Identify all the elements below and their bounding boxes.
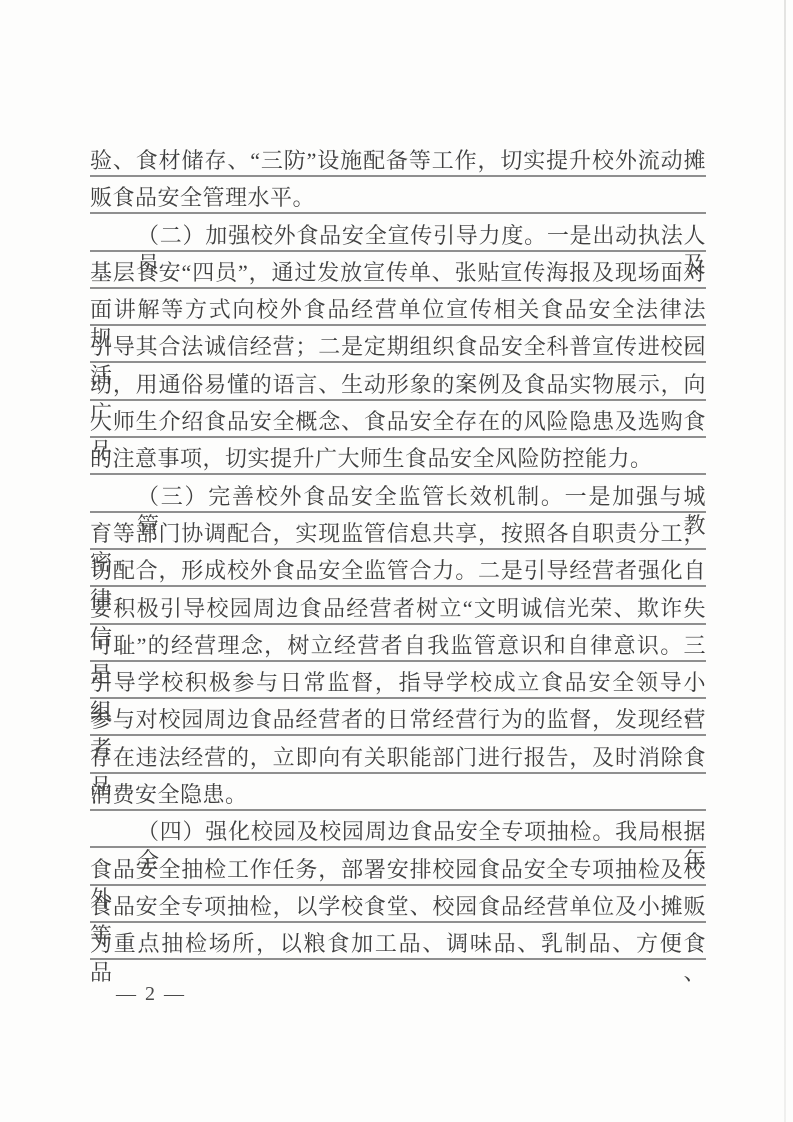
- text-line: （四）强化校园及校园周边食品安全专项抽检。我局根据全年: [90, 817, 706, 848]
- text-line: 可耻”的经营理念，树立经营者自我监管意识和自律意识。三是: [90, 631, 706, 662]
- text-line: 贩食品安全管理水平。: [90, 183, 706, 214]
- text-line: 验、食材储存、“三防”设施配备等工作，切实提升校外流动摊: [90, 146, 706, 177]
- text-line: 大师生介绍食品安全概念、食品安全存在的风险隐患及选购食品: [90, 407, 706, 438]
- document-page: 验、食材储存、“三防”设施配备等工作，切实提升校外流动摊贩食品安全管理水平。（二…: [0, 0, 793, 1122]
- text-line: （二）加强校外食品安全宣传引导力度。一是出动执法人员及: [90, 221, 706, 252]
- text-line: 的注意事项，切实提升广大师生食品安全风险防控能力。: [90, 444, 706, 475]
- text-line: 参与对校园周边食品经营者的日常经营行为的监督，发现经营者: [90, 705, 706, 736]
- text-line: 消费安全隐患。: [90, 780, 706, 811]
- text-line: 食品安全抽检工作任务，部署安排校园食品安全专项抽检及校外: [90, 855, 706, 886]
- text-line: 为重点抽检场所，以粮食加工品、调味品、乳制品、方便食品、: [90, 929, 706, 960]
- body-text: 验、食材储存、“三防”设施配备等工作，切实提升校外流动摊贩食品安全管理水平。（二…: [90, 146, 706, 967]
- text-line: （三）完善校外食品安全监管长效机制。一是加强与城管、教: [90, 482, 706, 513]
- text-line: 存在违法经营的，立即向有关职能部门进行报告，及时消除食品: [90, 743, 706, 774]
- text-line: 食品安全专项抽检，以学校食堂、校园食品经营单位及小摊贩等: [90, 892, 706, 923]
- scan-edge-line: [784, 0, 786, 1122]
- text-line: 引导学校积极参与日常监督，指导学校成立食品安全领导小组，: [90, 668, 706, 699]
- text-line: 切配合，形成校外食品安全监管合力。二是引导经营者强化自律，: [90, 556, 706, 587]
- text-line: 要积极引导校园周边食品经营者树立“文明诚信光荣、欺诈失信: [90, 594, 706, 625]
- text-line: 育等部门协调配合，实现监管信息共享，按照各自职责分工，密: [90, 519, 706, 550]
- text-line: 动，用通俗易懂的语言、生动形象的案例及食品实物展示，向广: [90, 370, 706, 401]
- page-number: — 2 —: [116, 983, 186, 1006]
- text-line: 引导其合法诚信经营；二是定期组织食品安全科普宣传进校园活: [90, 332, 706, 363]
- text-line: 面讲解等方式向校外食品经营单位宣传相关食品安全法律法规，: [90, 295, 706, 326]
- text-line: 基层食安“四员”，通过发放宣传单、张贴宣传海报及现场面对: [90, 258, 706, 289]
